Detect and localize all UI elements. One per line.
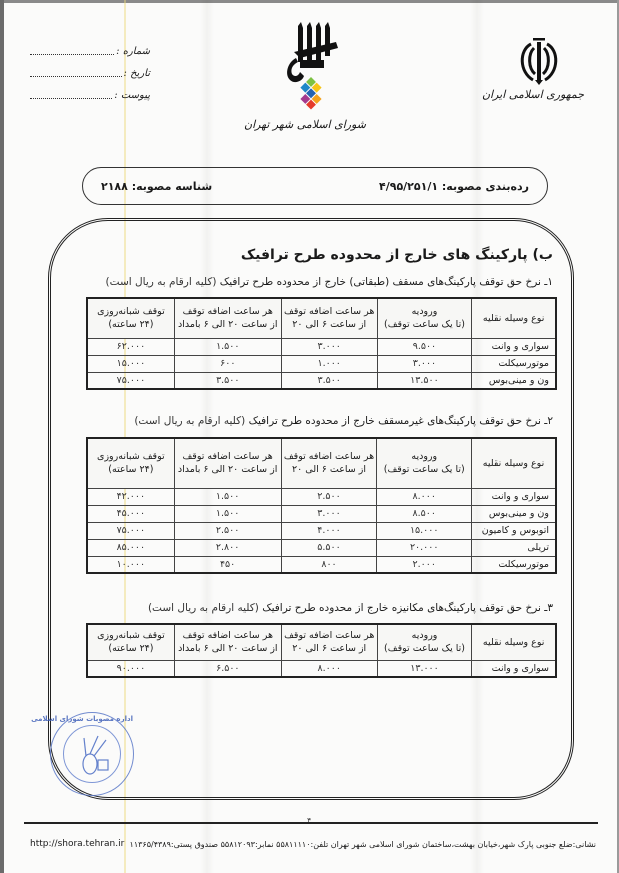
resolution-classification: رده‌بندی مصوبه: ۴/۹۵/۲۵۱/۱ xyxy=(379,180,529,193)
col-entry-l1: ورودیه xyxy=(411,451,437,462)
cell-entry: ۱۳.۵۰۰ xyxy=(377,372,472,389)
cell-entry: ۳.۰۰۰ xyxy=(377,355,472,372)
col-day-hour-l1: هر ساعت اضافه توقف xyxy=(284,451,374,462)
cell-vehicle: سواری و وانت xyxy=(472,338,556,355)
stamp-inner-ring xyxy=(63,725,121,783)
field-date: تاریخ : xyxy=(30,62,150,84)
col-entry-l2: (تا یک ساعت توقف) xyxy=(384,319,465,330)
cell-entry: ۱۵.۰۰۰ xyxy=(377,522,471,539)
col-entry: ورودیه(تا یک ساعت توقف) xyxy=(377,438,471,488)
col-daily-l1: توقف شبانه‌روزی xyxy=(97,630,165,641)
col-daily: توقف شبانه‌روزی(۲۴ ساعته) xyxy=(87,438,174,488)
cell-vehicle: اتوبوس و کامیون xyxy=(471,522,556,539)
letter-fields: شماره : تاریخ : پیوست : xyxy=(30,40,150,106)
footer: http://shora.tehran.ir نشانی:ضلع جنوبی پ… xyxy=(30,839,596,849)
cell-vehicle: ون و مینی‌بوس xyxy=(471,505,556,522)
table-header-row: نوع وسیله نقلیه ورودیه(تا یک ساعت توقف) … xyxy=(87,624,556,660)
field-number-line xyxy=(30,54,114,55)
cell-daily: ۷۵.۰۰۰ xyxy=(87,372,174,389)
cell-entry: ۸.۵۰۰ xyxy=(377,505,471,522)
col-night-hour: هر ساعت اضافه توقفاز ساعت ۲۰ الی ۶ بامدا… xyxy=(174,624,281,660)
cell-vehicle: سواری و وانت xyxy=(471,488,556,505)
field-attachment: پیوست : xyxy=(30,84,150,106)
col-daily: توقف شبانه‌روزی(۲۴ ساعته) xyxy=(87,624,174,660)
field-attachment-line xyxy=(30,98,112,99)
table3-note: (کلیه ارقام به ریال است) xyxy=(148,602,259,614)
cell-night-hour: ۴۵۰ xyxy=(174,556,281,573)
col-day-hour-l2: از ساعت ۶ الی ۲۰ xyxy=(292,464,366,475)
table-mechanized-parking: نوع وسیله نقلیه ورودیه(تا یک ساعت توقف) … xyxy=(86,623,557,678)
table-open-parking: نوع وسیله نقلیه ورودیه(تا یک ساعت توقف) … xyxy=(86,437,557,574)
footer-divider xyxy=(24,822,598,824)
table2-note: (کلیه ارقام به ریال است) xyxy=(134,415,245,427)
table-row: ون و مینی‌بوس ۸.۵۰۰ ۳.۰۰۰ ۱.۵۰۰ ۴۵.۰۰۰ xyxy=(87,505,556,522)
cell-entry: ۲.۰۰۰ xyxy=(377,556,471,573)
col-night-hour-l2: از ساعت ۲۰ الی ۶ بامداد xyxy=(178,319,277,330)
cell-day-hour: ۳.۰۰۰ xyxy=(281,505,377,522)
col-vehicle-type: نوع وسیله نقلیه xyxy=(472,624,556,660)
table-row: تریلی ۲۰.۰۰۰ ۵.۵۰۰ ۲.۸۰۰ ۸۵.۰۰۰ xyxy=(87,539,556,556)
col-night-hour-l2: از ساعت ۲۰ الی ۶ بامداد xyxy=(178,643,277,654)
col-day-hour: هر ساعت اضافه توقفاز ساعت ۶ الی ۲۰ xyxy=(281,298,377,338)
field-number: شماره : xyxy=(30,40,150,62)
col-daily-l2: (۲۴ ساعته) xyxy=(108,643,153,654)
table2-heading-text: ۲ـ نرخ حق توقف پارکینگ‌های غیرمسقف خارج … xyxy=(249,415,553,427)
cell-day-hour: ۸۰۰ xyxy=(281,556,377,573)
col-entry-l2: (تا یک ساعت توقف) xyxy=(384,464,465,475)
footer-address: نشانی:ضلع جنوبی پارک شهر،خیابان بهشت،ساخ… xyxy=(130,840,596,849)
council-name: شورای اسلامی شهر تهران xyxy=(256,118,366,131)
table2-heading: ۲ـ نرخ حق توقف پارکینگ‌های غیرمسقف خارج … xyxy=(134,415,553,427)
cell-daily: ۷۵.۰۰۰ xyxy=(87,522,174,539)
cell-entry: ۲۰.۰۰۰ xyxy=(377,539,471,556)
col-day-hour: هر ساعت اضافه توقفاز ساعت ۶ الی ۲۰ xyxy=(281,624,377,660)
cell-night-hour: ۲.۸۰۰ xyxy=(174,539,281,556)
table1-heading: ۱ـ نرخ حق توقف پارکینگ‌های مسقف (طبقاتی)… xyxy=(106,276,553,288)
cell-night-hour: ۱.۵۰۰ xyxy=(174,338,281,355)
website-link[interactable]: http://shora.tehran.ir xyxy=(30,839,124,849)
cell-night-hour: ۲.۵۰۰ xyxy=(174,522,281,539)
col-night-hour-l2: از ساعت ۲۰ الی ۶ بامداد xyxy=(178,464,277,475)
stamp-emblem-icon xyxy=(64,726,122,784)
resolution-id: شناسه مصوبه: ۲۱۸۸ xyxy=(101,180,212,193)
col-vehicle-type: نوع وسیله نقلیه xyxy=(471,438,556,488)
cell-entry: ۸.۰۰۰ xyxy=(377,488,471,505)
republic-name: جمهوری اسلامی ایران xyxy=(494,88,584,101)
col-day-hour-l2: از ساعت ۶ الی ۲۰ xyxy=(292,643,366,654)
col-night-hour: هر ساعت اضافه توقفاز ساعت ۲۰ الی ۶ بامدا… xyxy=(174,438,281,488)
table-row: موتورسیکلت ۲.۰۰۰ ۸۰۰ ۴۵۰ ۱۰.۰۰۰ xyxy=(87,556,556,573)
col-daily-l1: توقف شبانه‌روزی xyxy=(97,451,165,462)
cell-day-hour: ۳.۵۰۰ xyxy=(281,372,377,389)
cell-day-hour: ۵.۵۰۰ xyxy=(281,539,377,556)
cell-day-hour: ۳.۰۰۰ xyxy=(281,338,377,355)
col-entry-l1: ورودیه xyxy=(412,306,438,317)
table-row: موتورسیکلت ۳.۰۰۰ ۱.۰۰۰ ۶۰۰ ۱۵.۰۰۰ xyxy=(87,355,556,372)
col-day-hour-l1: هر ساعت اضافه توقف xyxy=(284,306,374,317)
section-title: ب) پارکینگ های خارج از محدوده طرح ترافیک xyxy=(241,247,553,263)
col-daily-l1: توقف شبانه‌روزی xyxy=(97,306,165,317)
col-night-hour-l1: هر ساعت اضافه توقف xyxy=(183,630,273,641)
field-attachment-label: پیوست : xyxy=(114,90,150,101)
table-row: سواری و وانت ۸.۰۰۰ ۲.۵۰۰ ۱.۵۰۰ ۴۲.۰۰۰ xyxy=(87,488,556,505)
cell-night-hour: ۶.۵۰۰ xyxy=(174,660,281,677)
table3-heading-text: ۳ـ نرخ حق توقف پارکینگ‌های مکانیزه خارج … xyxy=(262,602,553,614)
col-night-hour-l1: هر ساعت اضافه توقف xyxy=(182,451,272,462)
col-entry: ورودیه(تا یک ساعت توقف) xyxy=(377,624,472,660)
col-daily-l2: (۲۴ ساعته) xyxy=(108,319,153,330)
col-entry-l2: (تا یک ساعت توقف) xyxy=(384,643,465,654)
cell-daily: ۴۲.۰۰۰ xyxy=(87,488,174,505)
col-entry-l1: ورودیه xyxy=(412,630,438,641)
table-row: ون و مینی‌بوس ۱۳.۵۰۰ ۳.۵۰۰ ۳.۵۰۰ ۷۵.۰۰۰ xyxy=(87,372,556,389)
col-daily-l2: (۲۴ ساعته) xyxy=(108,464,153,475)
table1-heading-text: ۱ـ نرخ حق توقف پارکینگ‌های مسقف (طبقاتی)… xyxy=(220,276,553,288)
cell-daily: ۶۲.۰۰۰ xyxy=(87,338,174,355)
table-header-row: نوع وسیله نقلیه ورودیه(تا یک ساعت توقف) … xyxy=(87,298,556,338)
cell-daily: ۴۵.۰۰۰ xyxy=(87,505,174,522)
cell-day-hour: ۱.۰۰۰ xyxy=(281,355,377,372)
cell-vehicle: موتورسیکلت xyxy=(472,355,556,372)
col-entry: ورودیه(تا یک ساعت توقف) xyxy=(377,298,472,338)
field-date-line xyxy=(30,76,122,77)
cell-night-hour: ۳.۵۰۰ xyxy=(174,372,281,389)
council-calligraphy-icon xyxy=(276,22,346,114)
table-header-row: نوع وسیله نقلیه ورودیه(تا یک ساعت توقف) … xyxy=(87,438,556,488)
cell-vehicle: موتورسیکلت xyxy=(471,556,556,573)
col-daily: توقف شبانه‌روزی(۲۴ ساعته) xyxy=(87,298,174,338)
cell-night-hour: ۱.۵۰۰ xyxy=(174,505,281,522)
cell-daily: ۱۵.۰۰۰ xyxy=(87,355,174,372)
col-night-hour-l1: هر ساعت اضافه توقف xyxy=(183,306,273,317)
tehran-council-logo: شورای اسلامی شهر تهران xyxy=(266,22,356,132)
cell-day-hour: ۸.۰۰۰ xyxy=(281,660,377,677)
iran-emblem-icon xyxy=(515,36,563,86)
table1-note: (کلیه ارقام به ریال است) xyxy=(106,276,217,288)
cell-vehicle: تریلی xyxy=(471,539,556,556)
document-page: شماره : تاریخ : پیوست : xyxy=(0,0,619,873)
col-vehicle-type: نوع وسیله نقلیه xyxy=(472,298,556,338)
official-stamp: اداره مصوبات شورای اسلامی xyxy=(50,712,134,796)
cell-day-hour: ۲.۵۰۰ xyxy=(281,488,377,505)
field-number-label: شماره : xyxy=(116,46,150,57)
stamp-text: اداره مصوبات شورای اسلامی xyxy=(51,715,133,723)
cell-daily: ۱۰.۰۰۰ xyxy=(87,556,174,573)
table-row: سواری و وانت ۹.۵۰۰ ۳.۰۰۰ ۱.۵۰۰ ۶۲.۰۰۰ xyxy=(87,338,556,355)
cell-entry: ۱۳.۰۰۰ xyxy=(377,660,472,677)
table3-heading: ۳ـ نرخ حق توقف پارکینگ‌های مکانیزه خارج … xyxy=(148,602,553,614)
col-day-hour-l2: از ساعت ۶ الی ۲۰ xyxy=(292,319,366,330)
scan-edge-top xyxy=(0,0,619,3)
col-day-hour-l1: هر ساعت اضافه توقف xyxy=(284,630,374,641)
col-night-hour: هر ساعت اضافه توقفاز ساعت ۲۰ الی ۶ بامدا… xyxy=(174,298,281,338)
col-day-hour: هر ساعت اضافه توقفاز ساعت ۶ الی ۲۰ xyxy=(281,438,377,488)
field-date-label: تاریخ : xyxy=(124,68,150,79)
table-covered-parking: نوع وسیله نقلیه ورودیه(تا یک ساعت توقف) … xyxy=(86,297,557,390)
cell-night-hour: ۶۰۰ xyxy=(174,355,281,372)
cell-daily: ۹۰.۰۰۰ xyxy=(87,660,174,677)
scan-edge-left xyxy=(0,0,4,873)
cell-entry: ۹.۵۰۰ xyxy=(377,338,472,355)
resolution-info-box: شناسه مصوبه: ۲۱۸۸ رده‌بندی مصوبه: ۴/۹۵/۲… xyxy=(82,167,548,205)
cell-vehicle: ون و مینی‌بوس xyxy=(472,372,556,389)
table-row: سواری و وانت ۱۳.۰۰۰ ۸.۰۰۰ ۶.۵۰۰ ۹۰.۰۰۰ xyxy=(87,660,556,677)
table-row: اتوبوس و کامیون ۱۵.۰۰۰ ۴.۰۰۰ ۲.۵۰۰ ۷۵.۰۰… xyxy=(87,522,556,539)
cell-daily: ۸۵.۰۰۰ xyxy=(87,539,174,556)
cell-vehicle: سواری و وانت xyxy=(472,660,556,677)
cell-night-hour: ۱.۵۰۰ xyxy=(174,488,281,505)
cell-day-hour: ۴.۰۰۰ xyxy=(281,522,377,539)
